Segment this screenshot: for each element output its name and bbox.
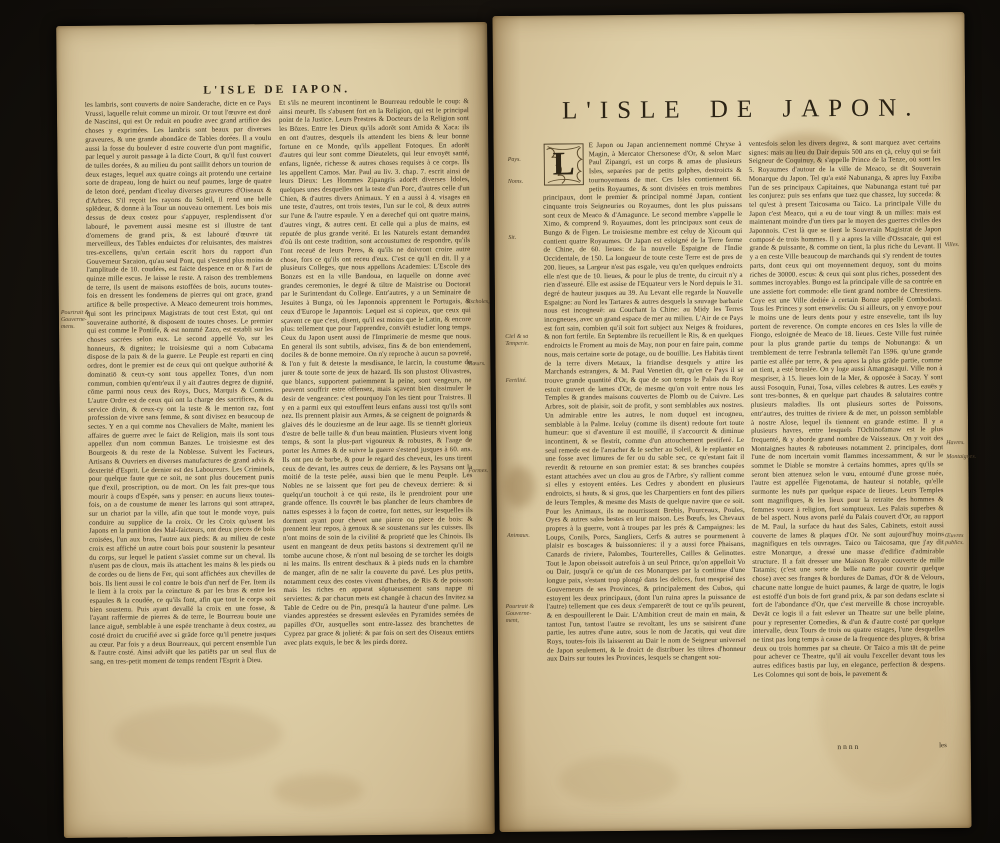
margin-note: Œuvres publics.: [945, 533, 971, 547]
margin-note: Villes.: [944, 242, 966, 249]
margin-note: Pourtrait & Gouverne- ment,: [506, 604, 540, 625]
right-column-1-text: E Japon ou Japan anciennement nommé Chry…: [543, 140, 746, 663]
paper-stain: [504, 466, 534, 508]
paper-stain: [113, 704, 284, 766]
drop-cap-letter: L: [544, 143, 584, 185]
paper-stain: [559, 754, 679, 805]
drop-cap-initial: L: [543, 142, 585, 186]
margin-note: Sit.: [508, 235, 540, 242]
margin-note: Noms.: [508, 179, 540, 186]
left-page: L'ISLE DE IAPON. les lambris, sont couve…: [56, 22, 495, 838]
left-text-block: les lambris, sont couverts de noire Sand…: [85, 97, 475, 691]
scanned-book-spread: L'ISLE DE IAPON. les lambris, sont couve…: [0, 0, 1000, 843]
left-running-head: L'ISLE DE IAPON.: [85, 82, 469, 98]
paper-stain: [273, 773, 363, 808]
margin-note: Montaignes.: [946, 454, 968, 461]
margin-note: Fertilité.: [506, 378, 542, 385]
margin-note: Havres.: [946, 440, 968, 447]
right-column-2: ventesfois selon les divers degrez, & so…: [749, 138, 946, 740]
margin-note: Ciel & sa Temperie.: [505, 334, 541, 348]
right-column-1: L E Japon ou Japan anciennement nommé Ch…: [543, 140, 747, 720]
right-page: L'ISLE DE JAPON. L E Japon ou Japan anci…: [492, 12, 971, 832]
catchword: les: [907, 741, 947, 749]
margin-note: Animaux.: [507, 533, 543, 540]
margin-note: Pourtrait & Gouverne- mens.: [61, 310, 91, 331]
left-column-1: les lambris, sont couverts de noire Sand…: [85, 99, 277, 689]
left-column-2: Et s'ils ne meurent incontinent le Bourr…: [279, 97, 474, 661]
right-text-block: L E Japon ou Japan anciennement nommé Ch…: [543, 138, 946, 743]
margin-note: Escholes,: [467, 299, 493, 306]
gathering-signature: nnnn: [809, 742, 889, 752]
margin-note: Formes.: [468, 468, 494, 475]
right-page-title: L'ISLE DE JAPON.: [523, 94, 959, 126]
margin-note: Pays.: [508, 157, 540, 164]
margin-note: Mœurs.: [467, 361, 493, 368]
